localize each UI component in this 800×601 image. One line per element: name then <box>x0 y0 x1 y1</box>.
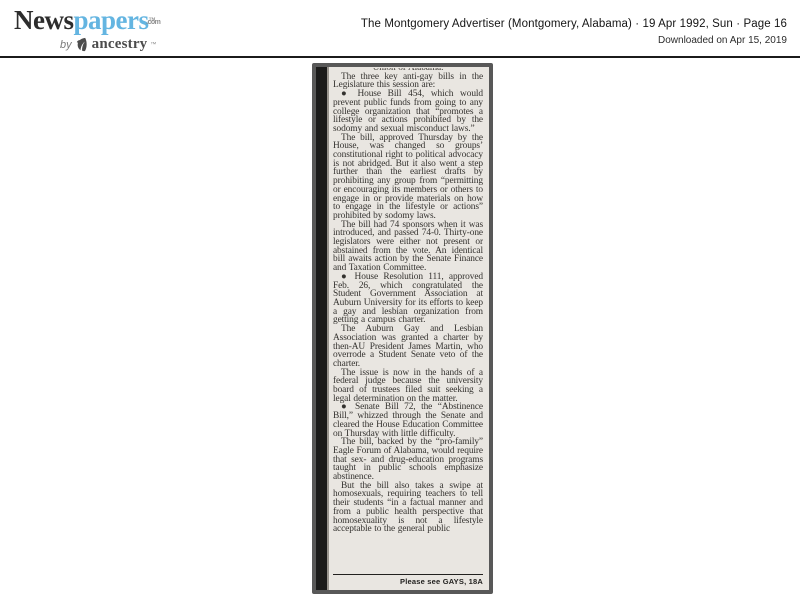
article-paragraph: The bill, backed by the “pro-family” Eag… <box>333 438 483 482</box>
ancestry-leaf-icon <box>75 37 89 52</box>
scan-edge-strip <box>316 67 327 590</box>
header-divider <box>0 56 800 58</box>
newspapers-wordmark: Newspapers™ .com <box>14 7 156 33</box>
article-paragraph: The bill had 74 sponsors when it was int… <box>333 221 483 273</box>
citation-title: The Montgomery Advertiser (Montgomery, A… <box>361 18 787 30</box>
continuation-notice: Please see GAYS, 18A <box>333 574 483 587</box>
logo-papers-text: papers <box>74 5 149 35</box>
scan-edge-shadow <box>327 67 329 590</box>
ancestry-trademark-symbol: ™ <box>150 42 156 48</box>
article-paragraph: But the bill also takes a swipe at homos… <box>333 482 483 534</box>
by-label: by <box>60 39 72 51</box>
article-paragraph: The bill, approved Thursday by the House… <box>333 134 483 221</box>
newspaper-clipping-image: Union of Alabama. The three key anti-gay… <box>312 63 493 594</box>
clipping-citation: The Montgomery Advertiser (Montgomery, A… <box>361 18 787 46</box>
newspapers-logo: Newspapers™ .com by ancestry™ <box>14 7 156 53</box>
logo-news-text: News <box>14 5 74 35</box>
download-date: Downloaded on Apr 15, 2019 <box>361 35 787 46</box>
by-ancestry-byline: by ancestry™ <box>60 36 156 53</box>
logo-com-text: .com <box>146 10 160 36</box>
article-paragraphs: The three key anti-gay bills in the Legi… <box>333 73 483 534</box>
article-paragraph: The issue is now in the hands of a feder… <box>333 369 483 404</box>
article-paragraph: ● House Resolution 111, approved Feb. 26… <box>333 273 483 325</box>
article-paragraph: The three key anti-gay bills in the Legi… <box>333 73 483 90</box>
article-column: Union of Alabama. The three key anti-gay… <box>333 68 483 573</box>
article-paragraph: The Auburn Gay and Lesbian Association w… <box>333 325 483 369</box>
article-paragraph: ● House Bill 454, which would prevent pu… <box>333 90 483 134</box>
ancestry-wordmark: ancestry <box>92 36 148 53</box>
article-paragraph: ● Senate Bill 72, the “Abstinence Bill,”… <box>333 403 483 438</box>
